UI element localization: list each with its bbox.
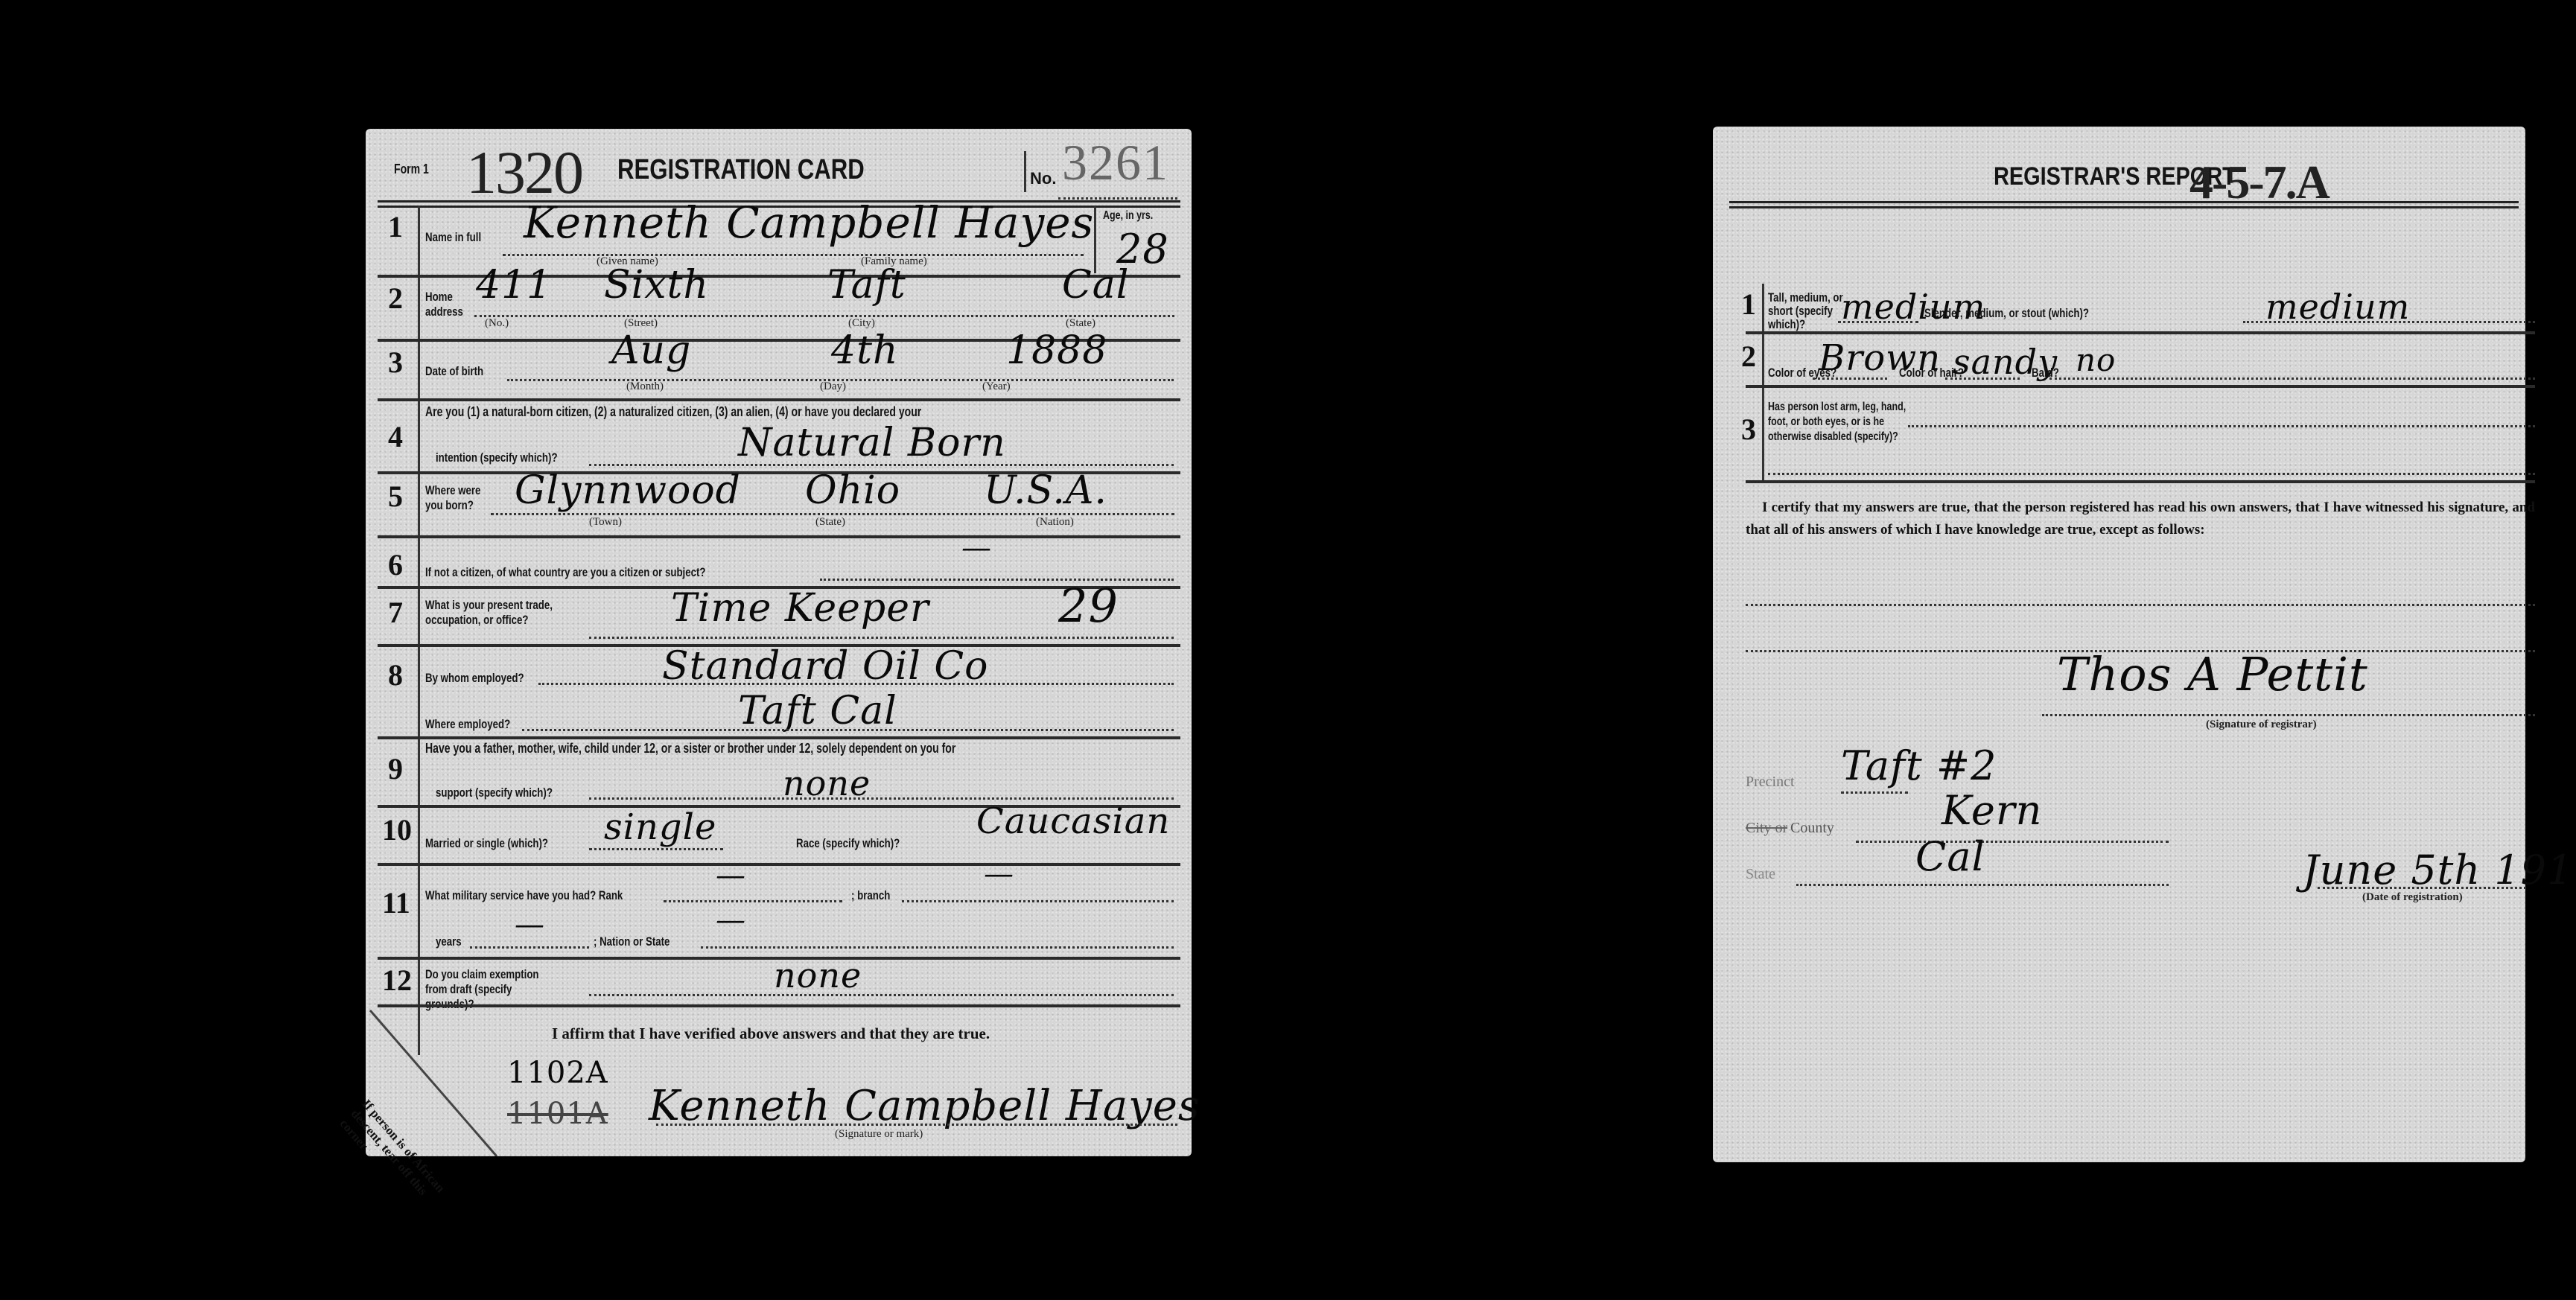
- citizenship-question: Are you (1) a natural-born citizen, (2) …: [425, 404, 921, 420]
- row-number: 5: [388, 479, 403, 514]
- precinct-label: Precinct: [1746, 774, 1795, 791]
- answer-line: [1856, 841, 2169, 843]
- row-number: 9: [388, 751, 403, 786]
- answer-line: [1908, 425, 2535, 427]
- occupation-note: 29: [1058, 579, 1119, 633]
- signature-line: [656, 1124, 1177, 1126]
- build-label: Slender, medium, or stout (which)?: [1924, 306, 2089, 321]
- answer-line: [1945, 377, 2020, 380]
- order-number: 3261: [1062, 133, 1169, 192]
- registration-date-caption: (Date of registration): [2362, 891, 2463, 904]
- row-number: 11: [382, 885, 410, 920]
- registrar-signature: Thos A Pettit: [2057, 647, 2368, 701]
- county-label: County: [1790, 820, 1834, 837]
- answer-line: [2049, 377, 2535, 380]
- answer-line: [820, 579, 1174, 581]
- address-street-value: Sixth: [604, 263, 709, 308]
- answer-line: [1841, 791, 1908, 794]
- age-label: Age, in yrs.: [1103, 209, 1153, 223]
- row-number: 6: [388, 547, 403, 582]
- row-rule: [378, 535, 1180, 538]
- row-number: 7: [388, 595, 403, 630]
- answer-line: [589, 797, 1174, 800]
- date-line: [2318, 887, 2526, 889]
- margin-rule: [418, 206, 420, 1055]
- employment-place-label: Where employed?: [425, 717, 510, 732]
- birthplace-nation-value: U.S.A.: [984, 468, 1107, 513]
- row-number: 1: [1741, 287, 1756, 322]
- precinct-value: Taft #2: [1841, 742, 1997, 789]
- marital-status-value: single: [604, 806, 716, 848]
- answer-line: [1768, 473, 2535, 475]
- margin-number-new: 1102A: [507, 1056, 608, 1090]
- state-value: Cal: [1915, 833, 1985, 880]
- military-years-value: —: [515, 908, 545, 942]
- address-city-value: Taft: [827, 263, 906, 308]
- margin-number-struck: 1101A: [507, 1097, 608, 1131]
- registration-card: Form 1 1320 REGISTRATION CARD No. 3261 1…: [366, 129, 1192, 1156]
- row-number: 1: [388, 209, 403, 244]
- no-label: No.: [1030, 169, 1056, 188]
- dob-label: Date of birth: [425, 364, 483, 379]
- citizenship-value: Natural Born: [738, 421, 1006, 465]
- name-label: Name in full: [425, 230, 481, 245]
- dependents-label: support (specify which)?: [436, 786, 553, 800]
- form-label: Form 1: [394, 162, 429, 177]
- row-rule: [378, 398, 1180, 401]
- row-rule: [378, 863, 1180, 866]
- dob-month-value: Aug: [611, 328, 691, 373]
- registrars-report-card: REGISTRAR'S REPORT 4-5-7.A 1 Tall, mediu…: [1713, 127, 2525, 1162]
- row-number: 3: [388, 345, 403, 380]
- answer-line: [538, 683, 1174, 685]
- birthplace-town-value: Glynnwood: [515, 468, 741, 513]
- row-number: 2: [1741, 339, 1756, 374]
- foreign-citizenship-value: —: [961, 531, 992, 565]
- bald-value: no: [2076, 342, 2116, 378]
- header-rule: 1 Tall, medium, or short (specify which)…: [1729, 201, 2519, 208]
- registrar-signature-caption: (Signature of registrar): [2206, 718, 2317, 731]
- employment-place-value: Taft Cal: [738, 689, 897, 733]
- employer-value: Standard Oil Co: [662, 644, 989, 689]
- row-rule: [1746, 331, 2535, 334]
- answer-line: [1813, 377, 1887, 380]
- row-number: 3: [1741, 412, 1756, 447]
- answer-line: [664, 900, 842, 902]
- exceptions-line: [1746, 604, 2535, 606]
- answer-line: [1796, 884, 2169, 886]
- caption: (Month): [626, 380, 664, 393]
- row-rule: [378, 736, 1180, 739]
- row-number: 12: [382, 963, 412, 998]
- disability-label: Has person lost arm, leg, hand, foot, or…: [1768, 400, 1919, 445]
- birthplace-label: Where were you born?: [425, 483, 483, 513]
- caption: (Year): [982, 380, 1011, 393]
- caption: (Day): [820, 380, 846, 393]
- dob-day-value: 4th: [831, 328, 898, 373]
- answer-line: [2243, 321, 2535, 323]
- affirmation-text: I affirm that I have verified above answ…: [552, 1022, 990, 1045]
- home-address-label: Home address: [425, 290, 460, 319]
- answer-line: [589, 637, 1174, 639]
- address-number-value: 411: [476, 263, 552, 308]
- caption: (State): [815, 516, 845, 529]
- dob-year-value: 1888: [1006, 328, 1107, 373]
- dependents-question: Have you a father, mother, wife, child u…: [425, 741, 955, 756]
- signature-line: [2042, 714, 2535, 716]
- answer-line: [503, 254, 1084, 256]
- divider: [1024, 151, 1026, 192]
- employer-label: By whom employed?: [425, 671, 524, 686]
- row-number: 4: [388, 419, 403, 454]
- row-rule: [1746, 385, 2535, 388]
- foreign-citizenship-label: If not a citizen, of what country are yo…: [425, 565, 705, 580]
- answer-line: [589, 848, 723, 850]
- occupation-label: What is your present trade, occupation, …: [425, 598, 553, 628]
- military-rank-value: —: [716, 858, 746, 893]
- row-number: 8: [388, 657, 403, 692]
- answer-line: [589, 994, 1174, 996]
- margin-rule: [1762, 284, 1764, 482]
- military-branch-value: —: [984, 857, 1014, 891]
- answer-line: [1838, 321, 1918, 323]
- caption: (No.): [485, 317, 509, 330]
- military-branch-label: ; branch: [851, 888, 890, 903]
- birthplace-state-value: Ohio: [805, 468, 900, 513]
- row-rule: [1746, 480, 2535, 483]
- address-state-value: Cal: [1062, 263, 1129, 308]
- card-title: REGISTRATION CARD: [617, 154, 865, 186]
- county-label-struck: City or: [1746, 820, 1787, 837]
- row-number: 10: [382, 812, 412, 847]
- race-label: Race (specify which)?: [796, 836, 900, 851]
- state-label: State: [1746, 866, 1775, 883]
- answer-line: [491, 513, 1174, 515]
- military-rank-label: What military service have you had? Rank: [425, 888, 623, 903]
- military-nation-label: ; Nation or State: [594, 934, 670, 949]
- occupation-value: Time Keeper: [671, 586, 929, 631]
- marital-status-label: Married or single (which)?: [425, 836, 548, 851]
- military-nation-value: —: [716, 903, 746, 937]
- full-name-value: Kenneth Campbell Hayes: [524, 197, 1094, 248]
- caption: (Nation): [1036, 516, 1074, 529]
- answer-line: [589, 464, 1174, 466]
- answer-line: [522, 729, 1174, 731]
- row-number: 2: [388, 281, 403, 316]
- answer-line: [470, 946, 589, 949]
- answer-line: [701, 946, 1174, 949]
- caption: (Town): [589, 516, 622, 529]
- exemption-value: none: [774, 955, 862, 995]
- race-value: Caucasian: [976, 800, 1170, 842]
- signature-caption: (Signature or mark): [835, 1128, 923, 1141]
- military-years-label: years: [436, 934, 462, 949]
- certification-text: I certify that my answers are true, that…: [1746, 497, 2535, 541]
- county-value: Kern: [1941, 787, 2042, 834]
- answer-line: [902, 900, 1174, 902]
- citizenship-label: intention (specify which)?: [436, 450, 558, 465]
